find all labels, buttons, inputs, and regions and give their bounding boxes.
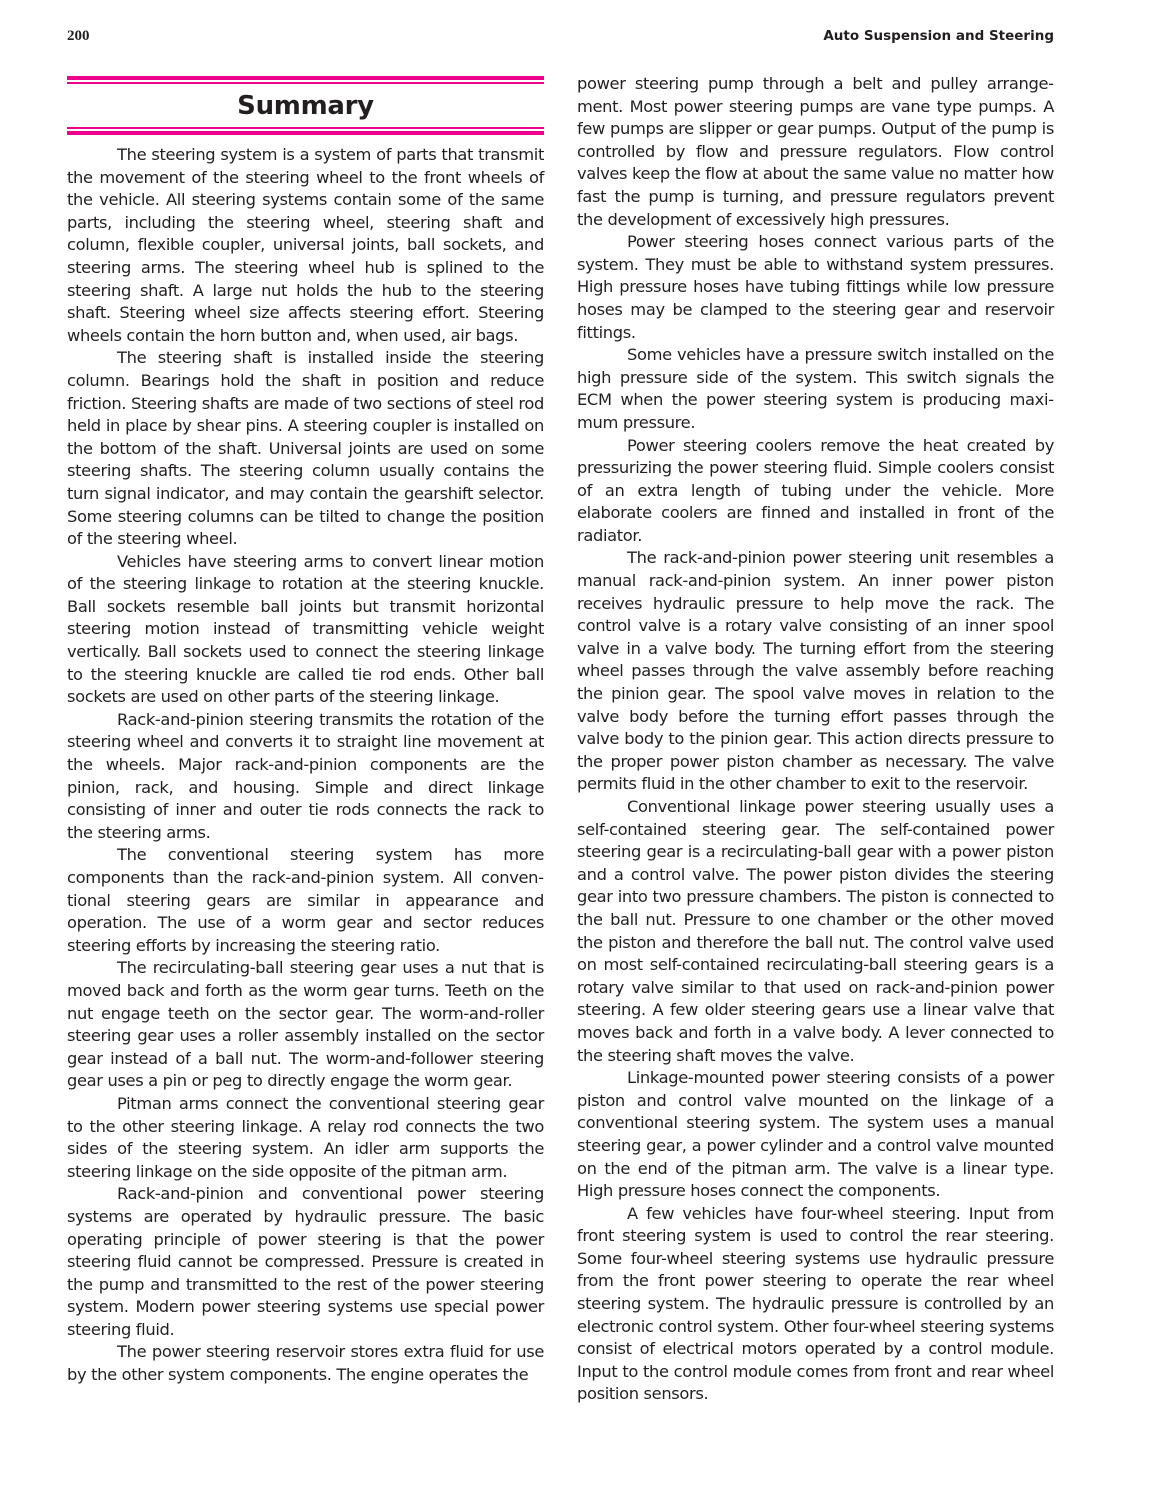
paragraph: A few vehicles have four-wheel steering.…: [577, 1203, 1054, 1406]
paragraph: The power steering reservoir stores extr…: [67, 1341, 544, 1386]
book-title: Auto Suspension and Steering: [823, 28, 1054, 44]
paragraph: Rack-and-pinion and conventional power s…: [67, 1183, 544, 1341]
section-heading-block: Summary: [67, 76, 544, 135]
paragraph: Pitman arms connect the conventional ste…: [67, 1093, 544, 1183]
paragraph: Rack-and-pinion steering transmits the r…: [67, 709, 544, 845]
paragraph: Linkage-mounted power steering consists …: [577, 1067, 1054, 1203]
bottom-thick-rule: [67, 131, 544, 135]
left-column: The steering system is a system of parts…: [67, 144, 544, 1387]
section-heading: Summary: [67, 86, 544, 126]
paragraph: Power steering coolers remove the heat c…: [577, 435, 1054, 548]
paragraph: The recirculating-ball steering gear use…: [67, 957, 544, 1093]
paragraph: Some vehicles have a pressure switch ins…: [577, 344, 1054, 434]
running-header: 200 Auto Suspension and Steering: [67, 28, 1054, 48]
page-number: 200: [67, 28, 90, 45]
paragraph: The steering shaft is installed inside t…: [67, 347, 544, 550]
paragraph: Conventional linkage power steering usua…: [577, 796, 1054, 1067]
top-thin-rule: [67, 82, 544, 84]
paragraph: Power steering hoses connect various par…: [577, 231, 1054, 344]
paragraph: The rack-and-pinion power steering unit …: [577, 547, 1054, 796]
right-column: power steering pump through a belt and p…: [577, 73, 1054, 1406]
paragraph: The steering system is a system of parts…: [67, 144, 544, 347]
paragraph: The conventional steering system has mor…: [67, 844, 544, 957]
continued-paragraph: power steering pump through a belt and p…: [577, 73, 1054, 231]
paragraph: Vehicles have steering arms to convert l…: [67, 551, 544, 709]
